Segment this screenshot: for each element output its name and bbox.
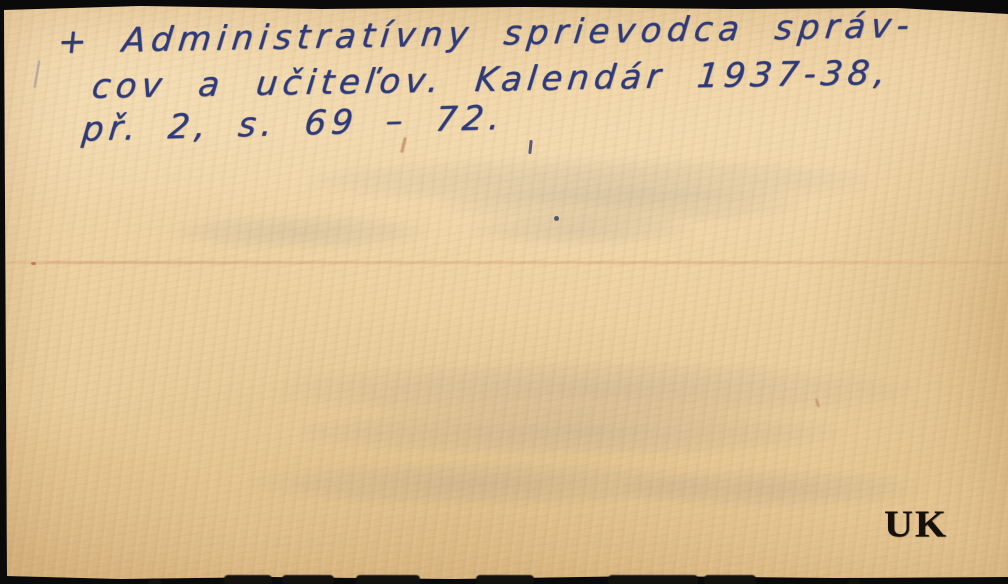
bottom-edge-fragment: [148, 579, 162, 584]
ink-bleedthrough-smudge: [470, 215, 690, 245]
ink-dot: [554, 216, 559, 221]
index-card-paper: + Administratívny sprievodca správ- cov …: [0, 0, 1008, 584]
bottom-edge-fragment: [704, 575, 756, 584]
ruled-line: [0, 261, 1008, 264]
ink-bleedthrough-smudge: [310, 158, 870, 204]
paper-fiber-mark: [814, 398, 820, 408]
ink-bleedthrough-smudge: [620, 470, 920, 508]
stray-pen-mark: [34, 60, 41, 88]
ink-bleedthrough-smudge: [250, 462, 720, 506]
uk-library-stamp: UK: [884, 501, 948, 546]
ink-bleedthrough-smudge: [300, 408, 840, 456]
pen-flourish-mark: [528, 140, 532, 154]
ink-bleedthrough-smudge: [170, 215, 430, 249]
bottom-edge-fragment: [608, 575, 698, 584]
bottom-edge-fragment: [282, 575, 334, 584]
handwriting-line-1: + Administratívny sprievodca správ-: [56, 6, 916, 63]
bottom-edge-fragment: [224, 575, 272, 584]
bottom-edge-fragment: [356, 575, 420, 584]
scanned-index-card: + Administratívny sprievodca správ- cov …: [0, 0, 1008, 584]
ink-bleedthrough-smudge: [280, 362, 910, 418]
bottom-edge-fragment: [848, 579, 860, 584]
bottom-edge-fragment: [476, 575, 534, 584]
paper-speck: [31, 262, 36, 265]
ink-bleedthrough-smudge: [440, 186, 800, 224]
